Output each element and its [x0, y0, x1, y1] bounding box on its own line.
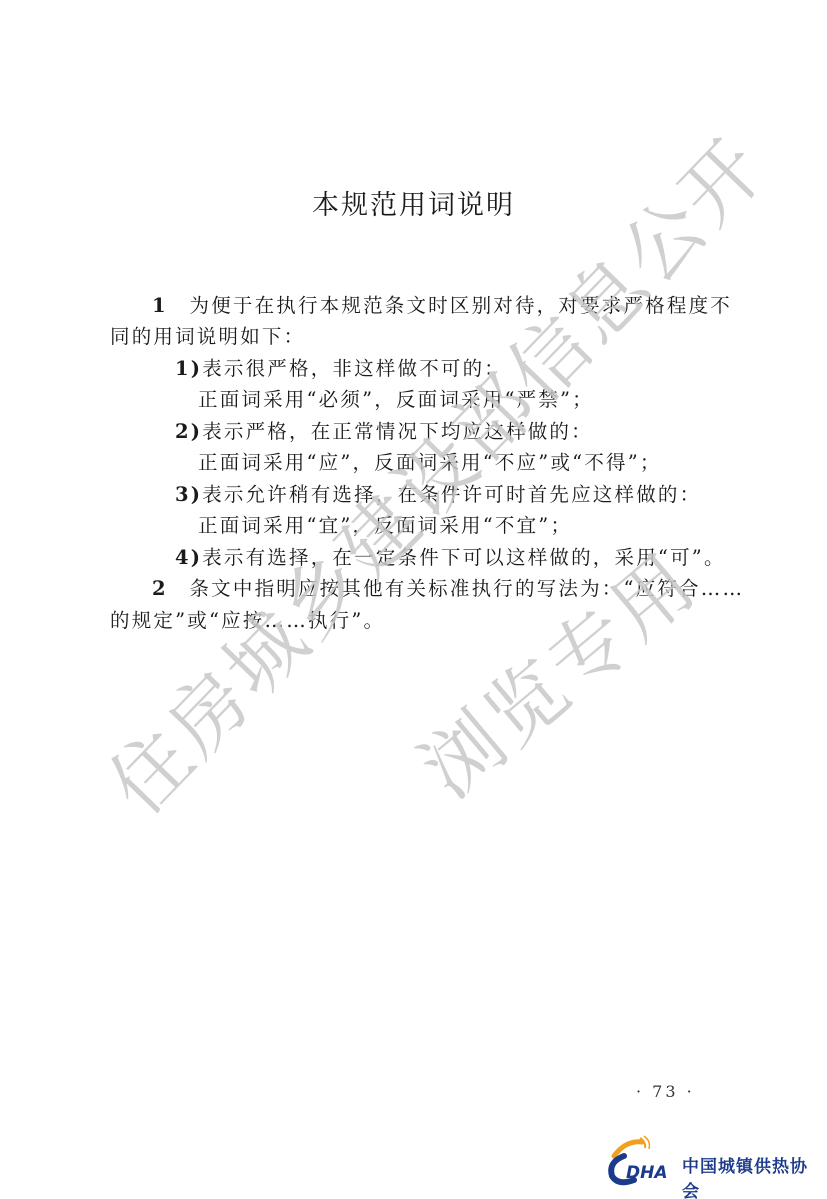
clause-2-line-2: 的规定”或“应按……执行”。 [110, 605, 385, 633]
clause-number: 2 [152, 577, 168, 600]
item-number: 3) [175, 483, 202, 506]
clause-2-line-1: 2 条文中指明应按其他有关标准执行的写法为：“应符合…… [152, 573, 744, 601]
clause-1-line-1: 1 为便于在执行本规范条文时区别对待，对要求严格程度不 [152, 290, 732, 318]
page-title: 本规范用词说明 [0, 183, 827, 222]
item-1: 1)表示很严格，非这样做不可的： [175, 353, 506, 381]
item-4: 4)表示有选择，在一定条件下可以这样做的，采用“可”。 [175, 542, 726, 570]
item-1-detail: 正面词采用“必须”，反面词采用“严禁”； [198, 384, 594, 412]
item-2-detail: 正面词采用“应”，反面词采用“不应”或“不得”； [198, 447, 662, 475]
page-number: · 73 · [636, 1082, 695, 1101]
cdha-logo: DHA 中国城镇供热协会 [604, 1134, 824, 1189]
clause-1-line-2: 同的用词说明如下： [110, 321, 305, 349]
item-2: 2)表示严格，在正常情况下均应这样做的： [175, 416, 593, 444]
item-number: 4) [175, 546, 202, 569]
item-3: 3)表示允许稍有选择，在条件许可时首先应这样做的： [175, 479, 701, 507]
item-3-detail: 正面词采用“宜”，反面词采用“不宜”； [198, 510, 572, 538]
item-number: 2) [175, 420, 202, 443]
document-page: 本规范用词说明 1 为便于在执行本规范条文时区别对待，对要求严格程度不 同的用词… [0, 0, 827, 1199]
svg-text:DHA: DHA [626, 1163, 668, 1183]
cdha-logo-mark-icon: DHA [604, 1134, 682, 1189]
item-number: 1) [175, 357, 202, 380]
org-name: 中国城镇供热协会 [682, 1152, 824, 1199]
clause-number: 1 [152, 294, 168, 317]
